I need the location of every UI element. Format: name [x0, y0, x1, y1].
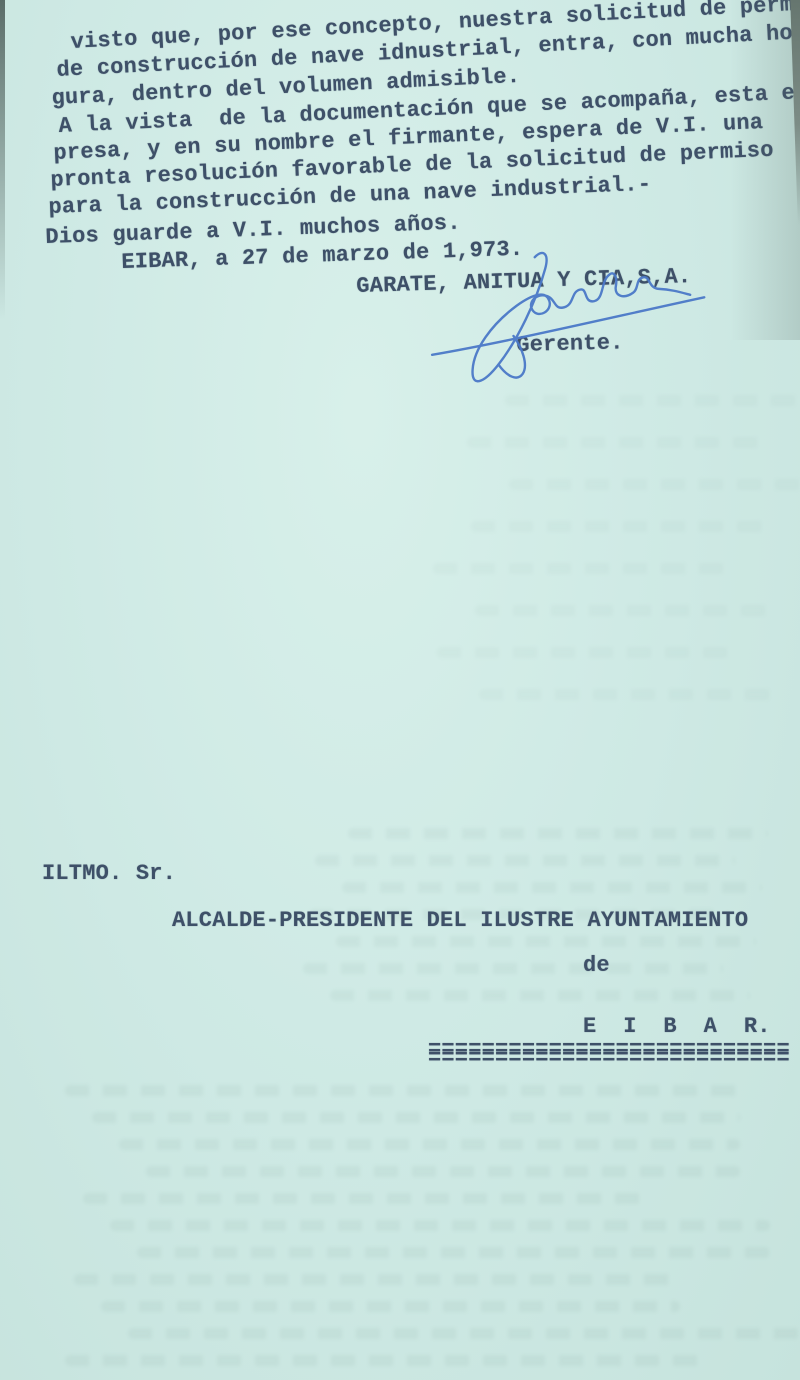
bleed-through-line: [433, 563, 733, 574]
scan-edge-left: [0, 0, 5, 320]
bleed-through-line: [146, 1166, 740, 1177]
bleed-through-line: [467, 437, 767, 448]
bleed-through-line: [348, 828, 768, 839]
bleed-through-line: [437, 647, 737, 658]
bleed-through-line: [137, 1247, 770, 1258]
addressee-line2: de: [583, 953, 610, 979]
addressee-line1: ALCALDE-PRESIDENTE DEL ILUSTRE AYUNTAMIE…: [172, 908, 748, 934]
bleed-through-line: [475, 605, 775, 616]
city-underline: ===========================: [428, 1046, 790, 1072]
bleed-through-line: [92, 1112, 740, 1123]
bleed-through-line: [479, 689, 779, 700]
bleed-through-line: [128, 1328, 800, 1339]
bleed-through-line: [110, 1220, 770, 1231]
bleed-through-line: [74, 1274, 680, 1285]
bleed-through-line: [342, 882, 762, 893]
bleed-through-line: [101, 1301, 680, 1312]
signature: [422, 241, 717, 401]
scanned-letter-page: visto que, por ese concepto, nuestra sol…: [0, 0, 800, 1380]
bleed-through-line: [315, 855, 735, 866]
bleed-through-line: [65, 1355, 710, 1366]
bleed-through-line: [471, 521, 771, 532]
bleed-through-line: [509, 479, 800, 490]
bleed-through-line: [65, 1085, 740, 1096]
addressee-salutation: ILTMO. Sr.: [42, 861, 176, 887]
bleed-through-line: [336, 936, 756, 947]
bleed-through-line: [83, 1193, 650, 1204]
bleed-through-line: [330, 990, 750, 1001]
page-curl-shadow: [730, 0, 800, 340]
bleed-through-line: [303, 963, 723, 974]
bleed-through-line: [119, 1139, 740, 1150]
